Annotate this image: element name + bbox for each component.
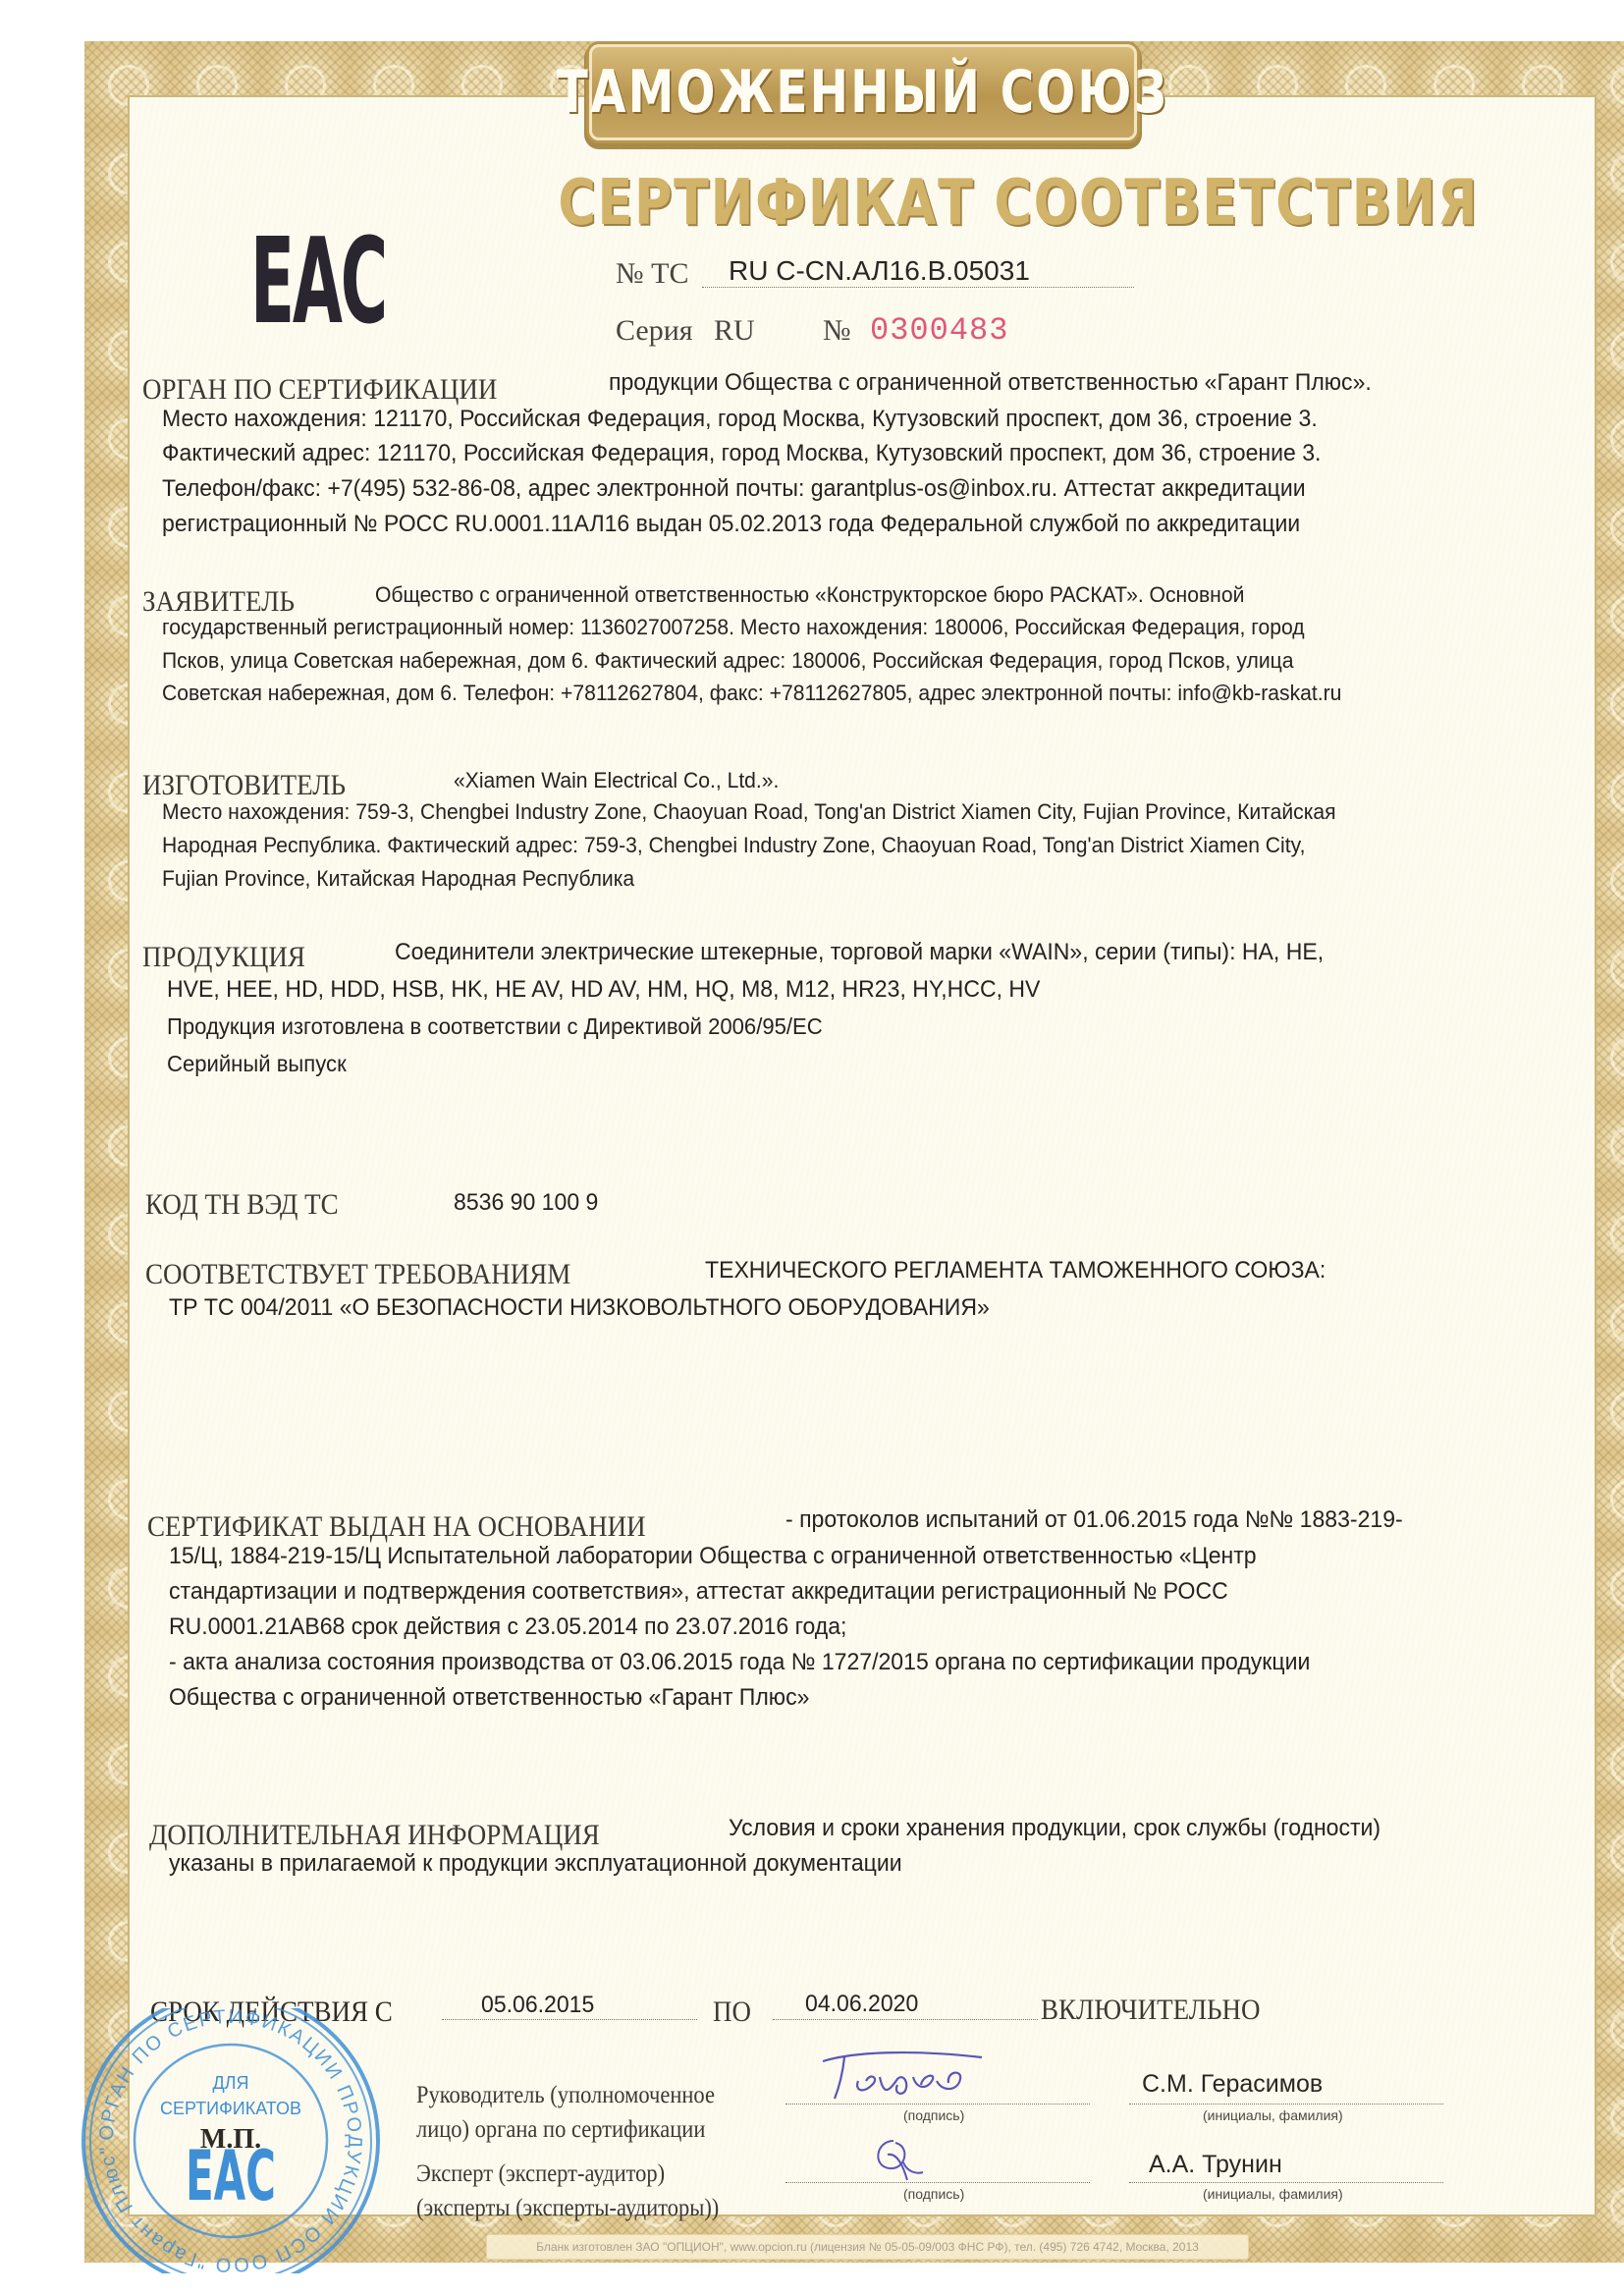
expert-name-line [1129,2182,1443,2183]
manufacturer-line: Народная Республика. Фактический адрес: … [162,833,1305,858]
compliance-line: ТР ТС 004/2011 «О БЕЗОПАСНОСТИ НИЗКОВОЛЬ… [169,1294,990,1322]
customs-union-banner: ТАМОЖЕННЫЙ СОЮЗ [589,44,1137,140]
basis-label: СЕРТИФИКАТ ВЫДАН НА ОСНОВАНИИ [147,1510,646,1544]
basis-line: стандартизации и подтверждения соответст… [169,1578,1228,1606]
additional-info-line: Условия и сроки хранения продукции, срок… [729,1815,1380,1842]
validity-from-underline [442,2019,697,2020]
blank-number-label: № [823,314,851,348]
certification-body-label: ОРГАН ПО СЕРТИФИКАЦИИ [142,373,497,407]
applicant-line: государственный регистрационный номер: 1… [162,615,1305,640]
series-value: RU [714,314,755,348]
validity-from-label: СРОК ДЕЙСТВИЯ С [150,1995,393,2029]
basis-line: 15/Ц, 1884-219-15/Ц Испытательной лабора… [169,1543,1257,1570]
additional-info-line: указаны в прилагаемой к продукции эксплу… [169,1850,902,1878]
expert-name: А.А. Трунин [1149,2151,1282,2179]
product-line: HVE, HEE, HD, HDD, HSB, HK, HE AV, HD AV… [167,976,1040,1004]
head-role-line1: Руководитель (уполномоченное [416,2082,715,2109]
expert-role-line2: (эксперты (эксперты-аудиторы)) [416,2195,719,2222]
validity-from-date: 05.06.2015 [481,1992,594,2019]
validity-inclusive-label: ВКЛЮЧИТЕЛЬНО [1041,1994,1261,2027]
tc-underline [702,287,1134,288]
certification-body-line: Телефон/факс: +7(495) 532-86-08, адрес э… [162,475,1306,503]
basis-line: Общества с ограниченной ответственностью… [169,1684,809,1712]
hs-code-label: КОД ТН ВЭД ТС [145,1188,339,1222]
hs-code-value: 8536 90 100 9 [454,1189,598,1217]
validity-to-label: ПО [713,1995,751,2029]
applicant-line: Псков, улица Советская набережная, дом 6… [162,648,1293,674]
head-name-caption: (инициалы, фамилия) [1203,2107,1343,2123]
certification-body-line: регистрационный № РОСС RU.0001.11АЛ16 вы… [162,511,1300,538]
manufacturer-label: ИЗГОТОВИТЕЛЬ [142,769,346,802]
product-label: ПРОДУКЦИЯ [142,941,305,974]
expert-role-line1: Эксперт (эксперт-аудитор) [416,2160,665,2188]
certification-body-line: продукции Общества с ограниченной ответс… [609,369,1372,397]
head-role-line2: лицо) органа по сертификации [416,2116,705,2144]
basis-line: - акта анализа состояния производства от… [169,1649,1310,1676]
manufacturer-line: Место нахождения: 759-3, Chengbei Indust… [162,799,1336,825]
printer-note: Бланк изготовлен ЗАО "ОПЦИОН", www.opcio… [486,2234,1249,2260]
product-line: Серийный выпуск [167,1051,347,1077]
applicant-line: Советская набережная, дом 6. Телефон: +7… [162,681,1341,706]
compliance-label: СООТВЕТСТВУЕТ ТРЕБОВАНИЯМ [145,1258,570,1291]
applicant-line: Общество с ограниченной ответственностью… [375,582,1244,608]
head-signature-icon [815,2048,992,2112]
head-name-line [1129,2104,1443,2105]
tc-number: RU C-CN.АЛ16.В.05031 [729,255,1030,287]
certification-body-line: Место нахождения: 121170, Российская Фед… [162,406,1318,433]
manufacturer-line: Fujian Province, Китайская Народная Респ… [162,866,634,892]
expert-name-caption: (инициалы, фамилия) [1203,2186,1343,2202]
document-title: СЕРТИФИКАТ СООТВЕТСТВИЯ [558,167,1169,240]
certification-body-line: Фактический адрес: 121170, Российская Фе… [162,440,1321,467]
basis-line: - протоколов испытаний от 01.06.2015 год… [785,1506,1403,1534]
basis-line: RU.0001.21АВ68 срок действия с 23.05.201… [169,1613,846,1641]
series-label: Серия [616,314,693,348]
validity-to-date: 04.06.2020 [805,1991,918,2018]
tc-label: № ТС [616,257,688,291]
additional-info-label: ДОПОЛНИТЕЛЬНАЯ ИНФОРМАЦИЯ [149,1819,600,1852]
expert-signature-line [785,2182,1090,2183]
product-line: Продукция изготовлена в соответствии с Д… [167,1013,823,1040]
blank-number: 0300483 [870,312,1008,349]
manufacturer-line: «Xiamen Wain Electrical Co., Ltd.». [454,768,779,793]
eac-logo-icon: ЕАС [250,224,386,342]
validity-to-underline [773,2019,1038,2020]
compliance-line: ТЕХНИЧЕСКОГО РЕГЛАМЕНТА ТАМОЖЕННОГО СОЮЗ… [705,1257,1326,1285]
applicant-label: ЗАЯВИТЕЛЬ [142,585,295,619]
head-name: С.М. Герасимов [1142,2070,1323,2099]
product-line: Соединители электрические штекерные, тор… [395,939,1324,966]
expert-signature-icon [864,2133,933,2192]
customs-union-text: ТАМОЖЕННЫЙ СОЮЗ [557,58,1168,127]
